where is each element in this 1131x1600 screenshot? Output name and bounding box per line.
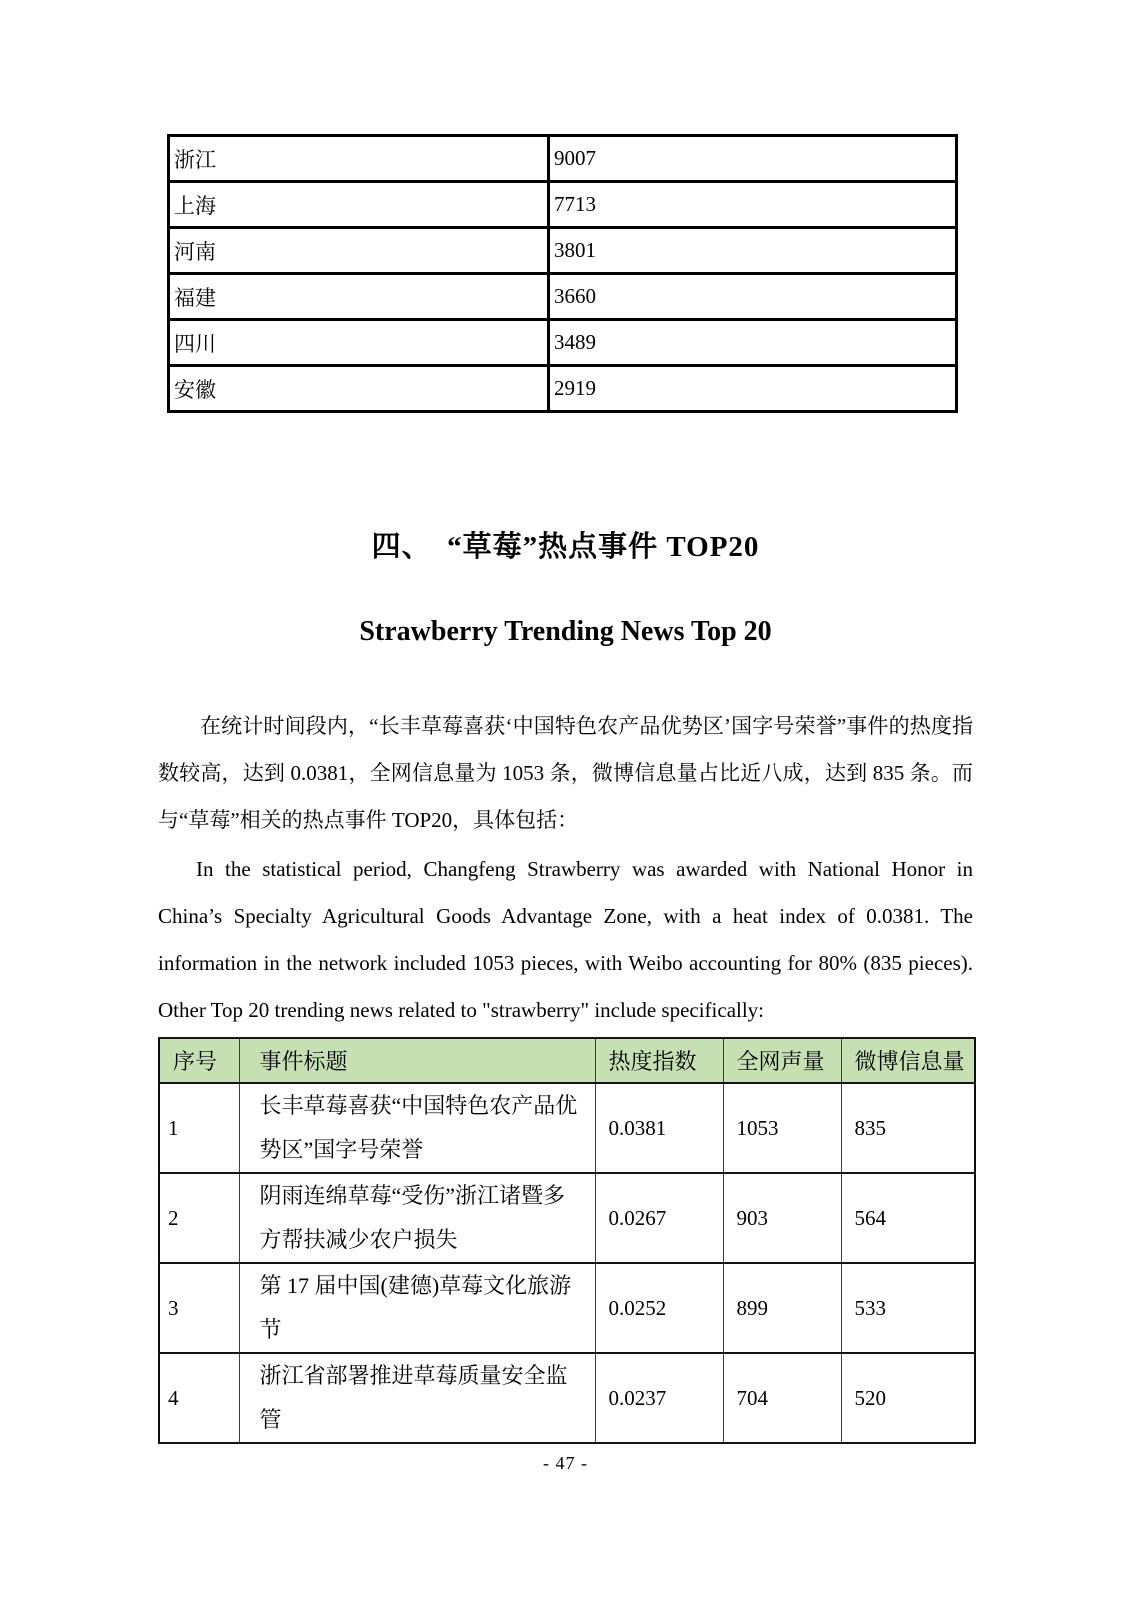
province-row: 上海7713	[169, 182, 957, 228]
province-row: 浙江9007	[169, 136, 957, 182]
news-row: 4浙江省部署推进草莓质量安全监管0.0237704520	[159, 1353, 975, 1443]
province-value: 3489	[549, 320, 957, 366]
province-name: 河南	[169, 228, 549, 274]
news-title: 第 17 届中国(建德)草莓文化旅游节	[239, 1263, 595, 1353]
total-volume: 899	[723, 1263, 841, 1353]
section-heading-en: Strawberry Trending News Top 20	[158, 611, 973, 653]
weibo-volume: 835	[841, 1083, 975, 1173]
province-value: 3660	[549, 274, 957, 320]
news-title: 浙江省部署推进草莓质量安全监管	[239, 1353, 595, 1443]
province-value: 7713	[549, 182, 957, 228]
news-table-column-header: 微博信息量	[841, 1038, 975, 1083]
news-table-column-header: 热度指数	[595, 1038, 723, 1083]
news-table-header-row: 序号事件标题热度指数全网声量微博信息量	[159, 1038, 975, 1083]
news-table-body: 1长丰草莓喜获“中国特色农产品优势区”国字号荣誉0.038110538352阴雨…	[159, 1083, 975, 1443]
total-volume: 903	[723, 1173, 841, 1263]
province-value: 3801	[549, 228, 957, 274]
news-rank: 1	[159, 1083, 239, 1173]
province-row: 四川3489	[169, 320, 957, 366]
trending-news-table: 序号事件标题热度指数全网声量微博信息量 1长丰草莓喜获“中国特色农产品优势区”国…	[158, 1037, 976, 1444]
news-title: 阴雨连绵草莓“受伤”浙江诸暨多方帮扶减少农户损失	[239, 1173, 595, 1263]
paragraph-en: In the statistical period, Changfeng Str…	[158, 846, 973, 1034]
weibo-volume: 564	[841, 1173, 975, 1263]
province-row: 福建3660	[169, 274, 957, 320]
news-rank: 2	[159, 1173, 239, 1263]
province-name: 福建	[169, 274, 549, 320]
news-row: 3第 17 届中国(建德)草莓文化旅游节0.0252899533	[159, 1263, 975, 1353]
page-number: - 47 -	[158, 1453, 973, 1474]
heat-index: 0.0381	[595, 1083, 723, 1173]
heat-index: 0.0237	[595, 1353, 723, 1443]
province-value: 2919	[549, 366, 957, 412]
section-heading-zh: 四、 “草莓”热点事件 TOP20	[158, 525, 973, 569]
province-value: 9007	[549, 136, 957, 182]
news-rank: 3	[159, 1263, 239, 1353]
news-row: 1长丰草莓喜获“中国特色农产品优势区”国字号荣誉0.03811053835	[159, 1083, 975, 1173]
news-table-column-header: 事件标题	[239, 1038, 595, 1083]
total-volume: 1053	[723, 1083, 841, 1173]
weibo-volume: 533	[841, 1263, 975, 1353]
province-table-body: 浙江9007上海7713河南3801福建3660四川3489安徽2919	[169, 136, 957, 412]
province-name: 浙江	[169, 136, 549, 182]
province-name: 安徽	[169, 366, 549, 412]
document-page: 浙江9007上海7713河南3801福建3660四川3489安徽2919 四、 …	[0, 0, 1131, 1600]
heat-index: 0.0252	[595, 1263, 723, 1353]
province-row: 河南3801	[169, 228, 957, 274]
news-table-column-header: 序号	[159, 1038, 239, 1083]
province-volume-table: 浙江9007上海7713河南3801福建3660四川3489安徽2919	[167, 134, 958, 413]
news-row: 2阴雨连绵草莓“受伤”浙江诸暨多方帮扶减少农户损失0.0267903564	[159, 1173, 975, 1263]
news-rank: 4	[159, 1353, 239, 1443]
heat-index: 0.0267	[595, 1173, 723, 1263]
province-name: 四川	[169, 320, 549, 366]
weibo-volume: 520	[841, 1353, 975, 1443]
province-row: 安徽2919	[169, 366, 957, 412]
province-name: 上海	[169, 182, 549, 228]
news-title: 长丰草莓喜获“中国特色农产品优势区”国字号荣誉	[239, 1083, 595, 1173]
news-table-column-header: 全网声量	[723, 1038, 841, 1083]
total-volume: 704	[723, 1353, 841, 1443]
paragraph-zh: 在统计时间段内，“长丰草莓喜获‘中国特色农产品优势区’国字号荣誉”事件的热度指数…	[158, 703, 973, 844]
